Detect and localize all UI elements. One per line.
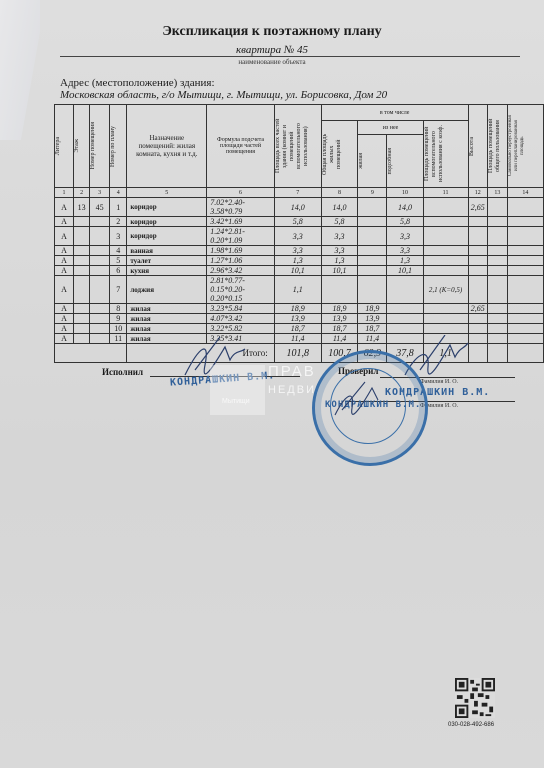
column-number: 10 [387, 188, 423, 198]
cell-formula: 7.02*2.40-3.58*0.79 [207, 198, 274, 217]
cell-name: жилая [127, 324, 207, 334]
cell-aux [387, 324, 423, 334]
header-purpose: Назначение помещений: жилая комната, кух… [127, 105, 207, 188]
cell-living [358, 217, 387, 227]
header-height: Высота [469, 137, 476, 156]
column-number: 7 [274, 188, 321, 198]
cell-aux: 5,8 [387, 217, 423, 227]
explication-table: Литера Этаж Номер помещения Номер по пла… [54, 104, 544, 363]
cell-living-total: 11,4 [321, 334, 358, 344]
page-fold [0, 0, 40, 140]
cell-total: 11,4 [274, 334, 321, 344]
cell-aux: 3,3 [387, 227, 423, 246]
cell-coef [423, 314, 468, 324]
cell-apt [90, 276, 110, 304]
cell-living: 11,4 [358, 334, 387, 344]
cell-name: жилая [127, 314, 207, 324]
table-row: А3коридор1.24*2.81-0.20*1.093,33,33,3 [55, 227, 544, 246]
totals-row: Итого: 101,8 100,7 62,9 37,8 1,1 [55, 344, 544, 363]
cell-living-total: 5,8 [321, 217, 358, 227]
cell-floor [73, 334, 89, 344]
table-row: А4ванная1.98*1.693,33,33,3 [55, 246, 544, 256]
table-row: А10жилая3.22*5.8218,718,718,7 [55, 324, 544, 334]
cell-height [468, 334, 488, 344]
cell-height [468, 227, 488, 246]
cell-name: ванная [127, 246, 207, 256]
cell-no: 7 [110, 276, 127, 304]
cell-total: 18,7 [274, 324, 321, 334]
cell-no: 6 [110, 266, 127, 276]
cell-height: 2,65 [468, 304, 488, 314]
cell-total: 13,9 [274, 314, 321, 324]
cell-formula: 3.22*5.82 [207, 324, 274, 334]
header-unauthorized: Самовольно переустроенная или перепланир… [508, 113, 526, 179]
cell-no: 3 [110, 227, 127, 246]
cell-apt [90, 227, 110, 246]
cell-formula: 4.07*3.42 [207, 314, 274, 324]
cell-living [358, 227, 387, 246]
cell-floor: 13 [73, 198, 89, 217]
cell-aux: 3,3 [387, 246, 423, 256]
cell-no: 4 [110, 246, 127, 256]
cell-no: 2 [110, 217, 127, 227]
header-living-total: Общая площадь жилых помещений [322, 130, 343, 178]
cell-apt [90, 256, 110, 266]
cell-coef [423, 304, 468, 314]
cell-height [468, 256, 488, 266]
cell-floor [73, 256, 89, 266]
cell-height [468, 324, 488, 334]
cell-coef: 2,1 (К=0,5) [423, 276, 468, 304]
cell-coef [423, 227, 468, 246]
cell-apt [90, 246, 110, 256]
cell-empty [507, 246, 543, 256]
cell-living: 18,9 [358, 304, 387, 314]
cell-total: 14,0 [274, 198, 321, 217]
header-formula: Формула подсчета площади частей помещени… [207, 105, 274, 188]
cell-empty [507, 334, 543, 344]
cell-total: 3,3 [274, 227, 321, 246]
cell-floor [73, 227, 89, 246]
header-plan-no: Номер по плану [110, 126, 117, 167]
qr-code-number: 030-028-492-686 [448, 722, 494, 728]
cell-coef [423, 324, 468, 334]
cell-empty [488, 266, 508, 276]
cell-apt [90, 217, 110, 227]
watermark-small: Мытищи [222, 398, 250, 405]
column-number: 4 [110, 188, 127, 198]
cell-name: туалет [127, 256, 207, 266]
object-underline [60, 56, 520, 57]
cell-apt [90, 314, 110, 324]
cell-name: кухня [127, 266, 207, 276]
table-row: А5туалет1.27*1.061,31,31,3 [55, 256, 544, 266]
cell-formula: 2.81*0.77-0.15*0.20-0.20*0.15 [207, 276, 274, 304]
cell-floor [73, 246, 89, 256]
qr-code [455, 678, 495, 718]
cell-height [468, 314, 488, 324]
header-living: жилая [358, 153, 365, 169]
document-page: Экспликация к поэтажному плану квартира … [0, 0, 544, 768]
cell-lit: А [55, 324, 74, 334]
cell-empty [507, 314, 543, 324]
cell-living-total: 18,7 [321, 324, 358, 334]
cell-formula: 3.23*5.84 [207, 304, 274, 314]
cell-aux: 14,0 [387, 198, 423, 217]
column-number: 9 [358, 188, 387, 198]
header-common-area: Площадь помещений общего пользования [488, 113, 502, 179]
cell-empty [507, 266, 543, 276]
cell-empty [488, 256, 508, 266]
cell-total: 1,1 [274, 276, 321, 304]
cell-lit: А [55, 334, 74, 344]
column-number: 8 [321, 188, 358, 198]
column-number: 6 [207, 188, 274, 198]
cell-living [358, 266, 387, 276]
cell-apt [90, 324, 110, 334]
cell-height: 2,65 [468, 198, 488, 217]
stamp-signature [330, 380, 390, 420]
cell-total: 5,8 [274, 217, 321, 227]
table-row: А13451коридор7.02*2.40-3.58*0.7914,014,0… [55, 198, 544, 217]
column-number: 11 [423, 188, 468, 198]
cell-empty [488, 324, 508, 334]
cell-living-total: 1,3 [321, 256, 358, 266]
cell-lit: А [55, 227, 74, 246]
cell-living [358, 246, 387, 256]
column-number: 13 [488, 188, 508, 198]
cell-coef [423, 266, 468, 276]
cell-aux: 1,3 [387, 256, 423, 266]
header-floor: Этаж [74, 139, 81, 152]
column-number: 14 [507, 188, 543, 198]
header-litera: Литера [55, 137, 62, 155]
cell-lit: А [55, 256, 74, 266]
header-aux-coef: Площадь помещений вспомогательного испол… [424, 121, 445, 187]
cell-lit: А [55, 217, 74, 227]
cell-floor [73, 314, 89, 324]
cell-living-total: 13,9 [321, 314, 358, 324]
table-row: А2коридор3.42*1.695,85,85,8 [55, 217, 544, 227]
cell-living: 13,9 [358, 314, 387, 324]
column-number: 1 [55, 188, 74, 198]
column-number: 2 [73, 188, 89, 198]
cell-coef [423, 256, 468, 266]
cell-empty [507, 256, 543, 266]
cell-no: 11 [110, 334, 127, 344]
cell-living-total: 14,0 [321, 198, 358, 217]
cell-living [358, 198, 387, 217]
cell-floor [73, 324, 89, 334]
cell-living [358, 276, 387, 304]
cell-living-total: 3,3 [321, 246, 358, 256]
address-label: Адрес (местоположение) здания: [60, 77, 215, 89]
cell-coef [423, 246, 468, 256]
cell-formula: 1.98*1.69 [207, 246, 274, 256]
watermark-text-1: ПРАВ [268, 363, 316, 380]
table-row: А8жилая3.23*5.8418,918,918,92,65 [55, 304, 544, 314]
cell-no: 9 [110, 314, 127, 324]
cell-lit: А [55, 198, 74, 217]
cell-formula: 1.24*2.81-0.20*1.09 [207, 227, 274, 246]
cell-lit: А [55, 246, 74, 256]
column-number: 12 [468, 188, 488, 198]
cell-coef [423, 217, 468, 227]
cell-living-total [321, 276, 358, 304]
cell-apt [90, 334, 110, 344]
cell-height [468, 266, 488, 276]
cell-living: 18,7 [358, 324, 387, 334]
column-number: 5 [127, 188, 207, 198]
totals-total-area: 101,8 [274, 344, 321, 363]
cell-lit: А [55, 314, 74, 324]
cell-name: коридор [127, 227, 207, 246]
cell-empty [488, 227, 508, 246]
table-row: А6кухня2.96*3.4210,110,110,1 [55, 266, 544, 276]
cell-total: 3,3 [274, 246, 321, 256]
cell-empty [488, 276, 508, 304]
document-title: Экспликация к поэтажному плану [0, 24, 544, 40]
cell-empty [507, 198, 543, 217]
cell-empty [507, 227, 543, 246]
header-aux: подсобная [387, 148, 394, 174]
cell-empty [507, 324, 543, 334]
watermark-text-2: НЕДВИ [268, 384, 316, 396]
header-of-which: из нее [358, 121, 423, 135]
header-total-area: Площадь всех частей здания (комнат и пом… [275, 111, 310, 181]
cell-living-total: 10,1 [321, 266, 358, 276]
header-including: в том числе [321, 105, 468, 121]
cell-living [358, 256, 387, 266]
cell-floor [73, 217, 89, 227]
cell-height [468, 246, 488, 256]
object-caption: наименование объекта [0, 58, 544, 66]
table-row: А9жилая4.07*3.4213,913,913,9 [55, 314, 544, 324]
cell-lit: А [55, 304, 74, 314]
cell-empty [488, 314, 508, 324]
cell-empty [507, 304, 543, 314]
cell-empty [488, 198, 508, 217]
cell-formula: 1.27*1.06 [207, 256, 274, 266]
watermark-logo [210, 365, 265, 415]
cell-empty [488, 334, 508, 344]
cell-coef [423, 198, 468, 217]
address-value: Московская область, г/о Мытищи, г. Мытищ… [60, 89, 387, 101]
cell-empty [488, 246, 508, 256]
cell-living-total: 18,9 [321, 304, 358, 314]
table-row: А11жилая3.35*3.4111,411,411,4 [55, 334, 544, 344]
cell-name: коридор [127, 217, 207, 227]
cell-no: 5 [110, 256, 127, 266]
cell-height [468, 276, 488, 304]
cell-empty [507, 276, 543, 304]
cell-formula: 2.96*3.42 [207, 266, 274, 276]
executed-label: Исполнил [102, 367, 143, 377]
cell-total: 18,9 [274, 304, 321, 314]
cell-floor [73, 266, 89, 276]
cell-aux [387, 276, 423, 304]
cell-total: 10,1 [274, 266, 321, 276]
cell-apt: 45 [90, 198, 110, 217]
cell-floor [73, 276, 89, 304]
header-apt-no: Номер помещения [90, 122, 97, 169]
column-number: 3 [90, 188, 110, 198]
cell-total: 1,3 [274, 256, 321, 266]
cell-apt [90, 304, 110, 314]
cell-no: 1 [110, 198, 127, 217]
cell-height [468, 217, 488, 227]
column-numbers-row: 1234567891011121314 [55, 188, 544, 198]
cell-empty [507, 217, 543, 227]
table-row: А7лоджия2.81*0.77-0.15*0.20-0.20*0.151,1… [55, 276, 544, 304]
cell-formula: 3.42*1.69 [207, 217, 274, 227]
cell-floor [73, 304, 89, 314]
cell-lit: А [55, 266, 74, 276]
cell-aux [387, 304, 423, 314]
cell-apt [90, 266, 110, 276]
cell-name: коридор [127, 198, 207, 217]
cell-no: 10 [110, 324, 127, 334]
cell-living-total: 3,3 [321, 227, 358, 246]
cell-aux: 10,1 [387, 266, 423, 276]
cell-empty [488, 217, 508, 227]
cell-name: жилая [127, 304, 207, 314]
cell-empty [488, 304, 508, 314]
cell-lit: А [55, 276, 74, 304]
cell-no: 8 [110, 304, 127, 314]
cell-aux [387, 314, 423, 324]
cell-name: лоджия [127, 276, 207, 304]
object-name: квартира № 45 [236, 44, 308, 56]
